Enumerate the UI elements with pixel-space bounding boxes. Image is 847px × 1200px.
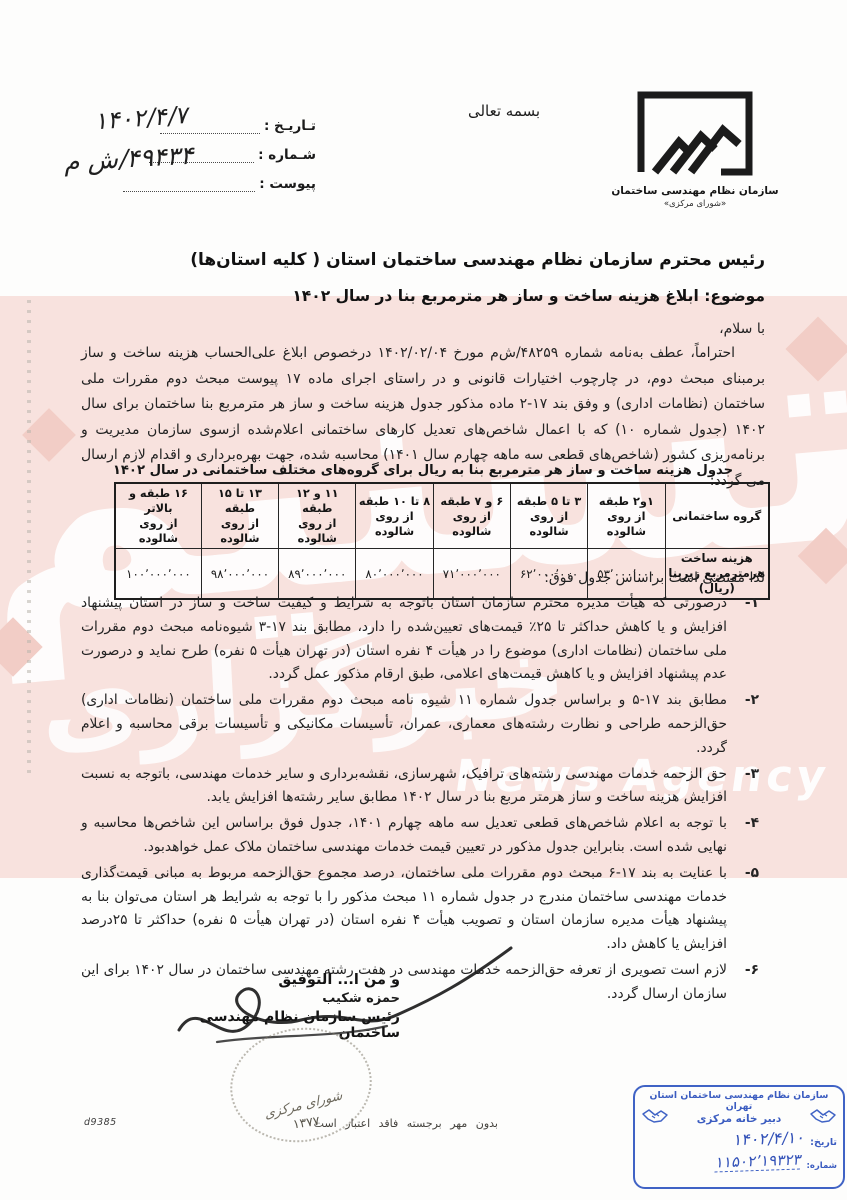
organization-logo-block: سازمان نظام مهندسی ساختمان «شورای مرکزی» xyxy=(608,90,782,209)
attachment-label: پیوست : xyxy=(259,176,316,192)
column-floors: ۱۶ طبقه و بالاتر xyxy=(129,487,188,515)
receipt-number-value: ۱۱۵۰۲٬۱۹۳۲۳ xyxy=(715,1151,804,1173)
column-floors: ۱۱ و ۱۲ طبقه xyxy=(296,487,338,515)
column-base: از روی شالوده xyxy=(590,509,662,539)
embossed-seal-note: بدون مهر برجسته فاقد اعتبار است xyxy=(238,1117,498,1130)
column-header-cell: ۱۳ تا ۱۵ طبقهاز روی شالوده xyxy=(201,483,278,549)
item-number: ۶- xyxy=(745,959,759,983)
item-text: مطابق بند ۱۷‏-‏۵ و براساس جدول شماره ۱۱ … xyxy=(81,692,727,756)
item-number: ۳- xyxy=(745,763,759,787)
column-base: از روی شالوده xyxy=(118,516,199,546)
handshake-icon xyxy=(808,1107,838,1125)
organization-name: سازمان نظام مهندسی ساختمان xyxy=(608,185,782,197)
column-base: از روی شالوده xyxy=(436,509,508,539)
receipt-date-row: تاریخ: ۱۴۰۲/۴/۱۰ xyxy=(641,1129,837,1148)
receipt-number-row: شماره: ۱۱۵۰۲٬۱۹۳۲۳ xyxy=(641,1152,837,1171)
column-floors: ۸ تا ۱۰ طبقه xyxy=(359,495,430,508)
item-number: ۱- xyxy=(745,592,759,616)
column-base: از روی شالوده xyxy=(204,516,276,546)
subject-line: موضوع: ابلاغ هزینه ساخت و ساز هر مترمربع… xyxy=(81,287,765,305)
receipt-date-label: تاریخ: xyxy=(810,1137,837,1148)
besmele-text: بسمه تعالی xyxy=(444,102,564,120)
table-header-row: گروه ساختمانی ۱و۲ طبقهاز روی شالوده ۳ تا… xyxy=(115,483,769,549)
column-floors: ۱و۲ طبقه xyxy=(599,495,654,508)
column-header-cell: ۸ تا ۱۰ طبقهاز روی شالوده xyxy=(356,483,433,549)
column-header-cell: ۱و۲ طبقهاز روی شالوده xyxy=(588,483,665,549)
list-item: ۲- مطابق بند ۱۷‏-‏۵ و براساس جدول شماره … xyxy=(81,689,765,760)
table-caption: جدول هزینه ساخت و ساز هر مترمربع بنا به … xyxy=(90,463,756,478)
column-floors: ۳ تا ۵ طبقه xyxy=(517,495,581,508)
item-number: ۴- xyxy=(745,812,759,836)
recipient-title: رئیس محترم سازمان نظام مهندسی ساختمان اس… xyxy=(81,250,765,270)
item-text: با توجه به اعلام شاخص‌های قطعی تعدیل سه … xyxy=(81,815,727,855)
scanned-letter-page: تسنیم خبرگزاری News Agency بسمه تعالی تـ… xyxy=(0,0,847,1200)
number-label: شـماره : xyxy=(258,147,316,163)
column-base: از روی شالوده xyxy=(358,509,430,539)
receipt-date-value: ۱۴۰۲/۴/۱۰ xyxy=(733,1128,807,1149)
tehran-secretariat-receipt-stamp: سازمان نظام مهندسی ساختمان استان تهران د… xyxy=(633,1085,845,1189)
date-label: تـاریـخ : xyxy=(264,118,316,134)
scan-edge-artifact xyxy=(27,300,31,780)
nezam-mohandesi-logo-icon xyxy=(634,90,756,176)
handshake-icon xyxy=(640,1107,670,1125)
item-number: ۵- xyxy=(745,862,759,886)
column-header-cell: ۱۶ طبقه و بالاتراز روی شالوده xyxy=(115,483,201,549)
column-header-cell: ۳ تا ۵ طبقهاز روی شالوده xyxy=(510,483,587,549)
column-base: از روی شالوده xyxy=(281,516,353,546)
central-council-name: «شورای مرکزی» xyxy=(608,199,782,209)
column-header-cell: ۶ و ۷ طبقهاز روی شالوده xyxy=(433,483,510,549)
attachment-field: پیوست : xyxy=(58,176,316,192)
lead-line: لذا مقتضی است براساس جدول فوق: xyxy=(81,570,765,586)
item-number: ۲- xyxy=(745,689,759,713)
column-header-cell: ۱۱ و ۱۲ طبقهاز روی شالوده xyxy=(279,483,356,549)
column-floors: ۱۳ تا ۱۵ طبقه xyxy=(218,487,262,515)
group-header-cell: گروه ساختمانی xyxy=(665,483,769,549)
salutation: با سلام، xyxy=(81,321,765,337)
column-floors: ۶ و ۷ طبقه xyxy=(440,495,503,508)
item-text: حق الزحمه خدمات مهندسی رشته‌های ترافیک، … xyxy=(81,766,727,806)
list-item: ۳- حق الزحمه خدمات مهندسی رشته‌های ترافی… xyxy=(81,763,765,811)
column-base: از روی شالوده xyxy=(513,509,585,539)
list-item: ۴- با توجه به اعلام شاخص‌های قطعی تعدیل … xyxy=(81,812,765,860)
receipt-number-label: شماره: xyxy=(806,1161,837,1171)
item-text: درصورتی که هیأت مدیره محترم سازمان استان… xyxy=(81,595,727,682)
list-item: ۱- درصورتی که هیأت مدیره محترم سازمان اس… xyxy=(81,592,765,687)
attachment-dotted-line xyxy=(123,177,255,192)
print-code: d9385 xyxy=(84,1117,117,1128)
